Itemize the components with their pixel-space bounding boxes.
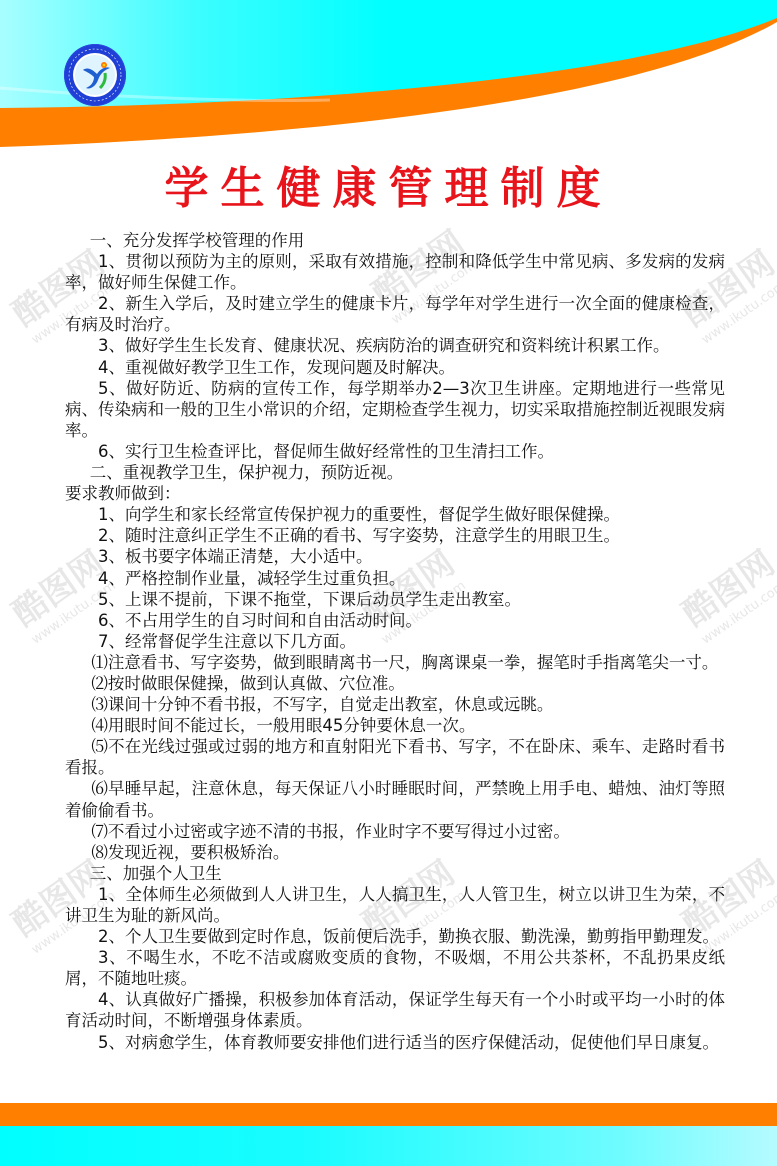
sub-paragraph: ⑸不在光线过强或过弱的地方和直射阳光下看书、写字，不在卧床、乘车、走路时看书看报… <box>65 736 725 778</box>
document-body: 一、充分发挥学校管理的作用 1、贯彻以预防为主的原则，采取有效措施，控制和降低学… <box>65 230 725 1053</box>
section-heading: 二、重视教学卫生，保护视力，预防近视。 <box>65 462 725 483</box>
paragraph: 3、板书要字体端正清楚，大小适中。 <box>65 546 725 567</box>
section-heading: 三、加强个人卫生 <box>65 863 725 884</box>
sub-paragraph: ⑴注意看书、写字姿势，做到眼睛离书一尺，胸离课桌一拳，握笔时手指离笔尖一寸。 <box>65 652 725 673</box>
paragraph: 3、做好学生生长发育、健康状况、疾病防治的调查研究和资料统计积累工作。 <box>65 335 725 356</box>
paragraph: 3、不喝生水，不吃不洁或腐败变质的食物，不吸烟，不用公共茶杯，不乱扔果皮纸屑，不… <box>65 947 725 989</box>
sub-paragraph: ⑺不看过小过密或字迹不清的书报，作业时字不要写得过小过密。 <box>65 821 725 842</box>
paragraph: 7、经常督促学生注意以下几方面。 <box>65 631 725 652</box>
paragraph: 4、严格控制作业量，减轻学生过重负担。 <box>65 568 725 589</box>
paragraph: 5、上课不提前，下课不拖堂，下课后动员学生走出教室。 <box>65 589 725 610</box>
paragraph: 6、不占用学生的自习时间和自由活动时间。 <box>65 610 725 631</box>
paragraph: 5、对病愈学生，体育教师要安排他们进行适当的医疗保健活动，促使他们早日康复。 <box>65 1032 725 1053</box>
paragraph: 2、随时注意纠正学生不正确的看书、写字姿势，注意学生的用眼卫生。 <box>65 525 725 546</box>
sub-paragraph: ⑹早睡早起，注意休息，每天保证八小时睡眠时间，严禁晚上用手电、蜡烛、油灯等照着偷… <box>65 778 725 820</box>
paragraph: 1、向学生和家长经常宣传保护视力的重要性，督促学生做好眼保健操。 <box>65 504 725 525</box>
sub-paragraph: ⑻发现近视，要积极矫治。 <box>65 842 725 863</box>
paragraph: 6、实行卫生检查评比，督促师生做好经常性的卫生清扫工作。 <box>65 441 725 462</box>
footer-cyan-band <box>0 1126 777 1166</box>
sub-paragraph: ⑵按时做眼保健操，做到认真做、穴位准。 <box>65 673 725 694</box>
paragraph: 5、做好防近、防病的宣传工作，每学期举办2—3次卫生讲座。定期地进行一些常见病、… <box>65 378 725 441</box>
paragraph: 1、贯彻以预防为主的原则，采取有效措施，控制和降低学生中常见病、多发病的发病率，… <box>65 251 725 293</box>
paragraph: 4、认真做好广播操，积极参加体育活动，保证学生每天有一个小时或平均一小时的体育活… <box>65 989 725 1031</box>
section-intro: 要求教师做到： <box>65 483 725 504</box>
emblem-ring <box>64 44 126 106</box>
page-title: 学生健康管理制度 <box>0 160 777 218</box>
school-emblem-icon <box>64 44 126 106</box>
footer-orange-band <box>0 1103 777 1126</box>
sub-paragraph: ⑷用眼时间不能过长，一般用眼45分钟要休息一次。 <box>65 715 725 736</box>
paragraph: 1、全体师生必须做到人人讲卫生，人人搞卫生，人人管卫生，树立以讲卫生为荣，不讲卫… <box>65 884 725 926</box>
section-heading: 一、充分发挥学校管理的作用 <box>65 230 725 251</box>
paragraph: 2、新生入学后，及时建立学生的健康卡片，每学年对学生进行一次全面的健康检查，有病… <box>65 293 725 335</box>
paragraph: 4、重视做好教学卫生工作，发现问题及时解决。 <box>65 357 725 378</box>
paragraph: 2、个人卫生要做到定时作息，饭前便后洗手，勤换衣服、勤洗澡，勤剪指甲勤理发。 <box>65 926 725 947</box>
sub-paragraph: ⑶课间十分钟不看书报，不写字，自觉走出教室，休息或远眺。 <box>65 694 725 715</box>
